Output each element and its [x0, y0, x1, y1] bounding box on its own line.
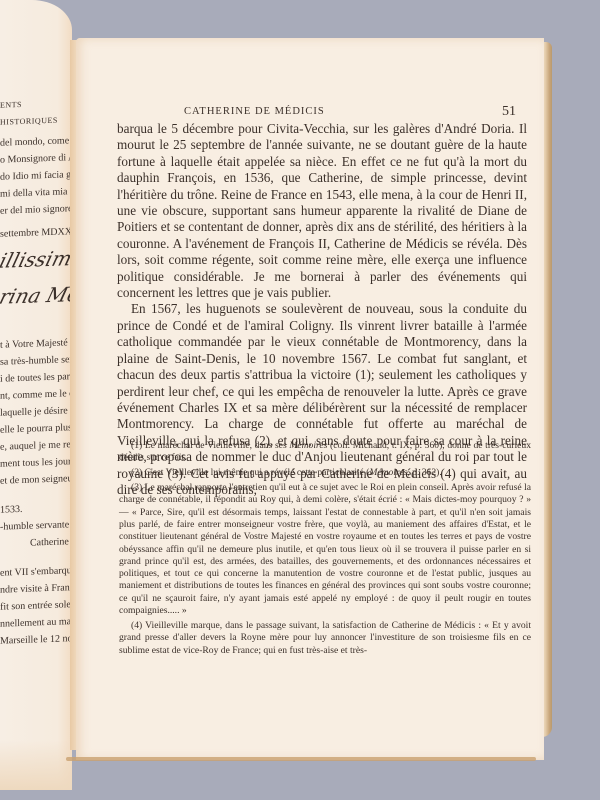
footnote-italic: Mémoires,: [369, 467, 409, 478]
left-page: ENTS HISTORIQUES del mondo, come più a p…: [0, 0, 72, 790]
footnote-text: (4) Vieilleville marque, dans le passage…: [119, 620, 531, 656]
left-page-text: ENTS HISTORIQUES del mondo, come più a p…: [0, 94, 72, 651]
signature-line-1: illissima S.a: [0, 240, 72, 281]
footnote-text: (3) Le maréchal rapporte l'entretien qu'…: [119, 482, 531, 616]
running-head: CATHERINE DE MÉDICIS 51: [96, 106, 516, 122]
footnote-italic: Mémoires: [289, 440, 327, 451]
footnote-text: (1) Le maréchal de Vieilleville, dans se…: [131, 440, 289, 451]
footnote-4: (4) Vieilleville marque, dans le passage…: [119, 620, 531, 657]
paragraph: barqua le 5 décembre pour Civita-Vecchia…: [117, 121, 527, 301]
footnote-text: (2) C'est Vieilleville lui-même qui a ré…: [131, 467, 369, 478]
left-line: er del mio signore Monsigno-: [0, 200, 72, 221]
footnote-2: (2) C'est Vieilleville lui-même qui a ré…: [119, 467, 531, 479]
running-head-title: CATHERINE DE MÉDICIS: [184, 106, 325, 117]
footnote-text: p. 362).: [410, 467, 442, 478]
footnotes: (1) Le maréchal de Vieilleville, dans se…: [119, 440, 531, 659]
left-line: Marseille le 12 novembre. Il s'em-: [0, 630, 72, 651]
left-running-head: ENTS HISTORIQUES: [0, 94, 72, 132]
page-bottom-edge: [66, 757, 536, 761]
signature-line-2: rina Medici: [0, 276, 72, 317]
footnote-3: (3) Le maréchal rapporte l'entretien qu'…: [119, 482, 531, 617]
page-number: 51: [502, 104, 516, 120]
footnote-1: (1) Le maréchal de Vieilleville, dans se…: [119, 440, 531, 465]
